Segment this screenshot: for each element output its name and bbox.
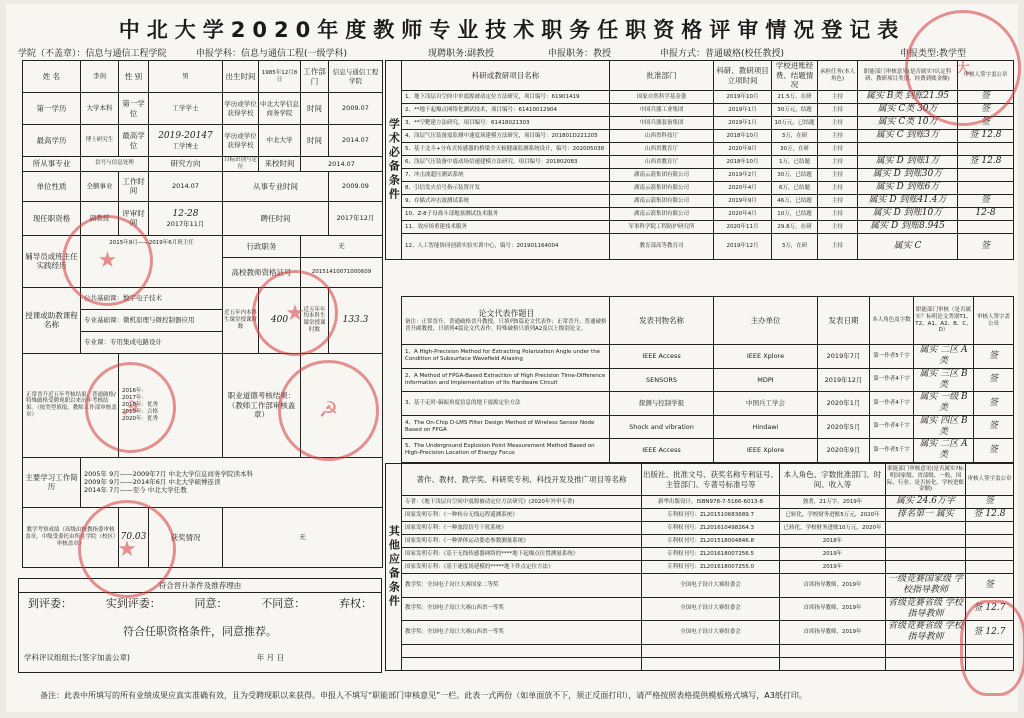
top-degree-cell: 2019-20147工学博士	[149, 125, 223, 157]
proj-header-signer: 审核人签字盖公章	[958, 61, 1014, 91]
others-table: 其他应备条件 著作、教材、教学奖、科研奖专利、科技开发及推广项目等名称 出版社、…	[385, 463, 1014, 671]
project-dept: 山西省教育厅	[610, 156, 714, 169]
project-role: 主持	[818, 104, 858, 117]
name-label: 姓 名	[23, 61, 81, 93]
paper-signer: 签	[974, 415, 1014, 439]
other-signer	[966, 522, 1014, 535]
project-time: 2019年12月	[714, 234, 772, 260]
course-major: 专业课：专用集成电路设计	[81, 331, 223, 353]
paper-header-note: 备注：正常晋升、普通破格晋升教授，只填列5篇论文代表作；正常晋升、普通破格晋升副…	[405, 319, 608, 333]
paper-role: 第一作者4千字	[870, 368, 914, 392]
other-review	[886, 644, 966, 657]
project-role: 主持	[818, 195, 858, 208]
other-row: 国家发明专利：《基于无线传感器网络的****地下起爆点位置测量系统》专利权刊号：…	[386, 548, 1014, 561]
direction-label: 研究方向	[149, 157, 223, 172]
teach-exam-value: 70.03	[119, 507, 149, 567]
project-signer: 签 12.8	[958, 130, 1014, 143]
paper-title: 1、A High-Precision Method for Extracting…	[402, 345, 610, 369]
award-label: 获奖情况	[149, 507, 223, 567]
other-role: 2019年	[780, 561, 886, 574]
projects-section-label: 学术必备条件	[386, 61, 402, 260]
project-review: 属实 D 到账8.945	[858, 221, 958, 234]
project-row: 10、Z-8子母战斗部炮塞测试技术服务湖南云箭集团有限公司2020年4月10万，…	[386, 208, 1014, 221]
project-time: 2018年10月	[714, 156, 772, 169]
admin-value: 无	[301, 235, 383, 257]
project-time: 2018年10月	[714, 130, 772, 143]
project-time: 2020年11月	[714, 221, 772, 234]
other-review	[886, 522, 966, 535]
other-signer	[966, 535, 1014, 548]
paper-signer: 签	[974, 392, 1014, 416]
proj-header-role: 承担任务(本人角色)	[818, 61, 858, 91]
personal-info-table: 姓 名 李剑 性 别 男 出生时间 1985年12月8日 工作部门 信息与通信工…	[22, 60, 383, 568]
project-signer	[958, 169, 1014, 182]
other-signer: 签	[966, 574, 1014, 598]
college-label: 学院（不盖章）：信息与通信工程学院	[18, 46, 167, 59]
major-label: 所从事专业	[23, 157, 81, 172]
history-list: 2005年 9月——2009年7月 中北大学信息商务学院读本科 2009年 9月…	[81, 457, 383, 507]
other-role: 已转化，学校财务进账5万元，2020年	[780, 509, 886, 522]
project-row: 7、冲击波超压测试系统湖南云箭集团有限公司2019年2月30万，已结题主持属实 …	[386, 169, 1014, 182]
cert-label: 高校教师资格证号	[223, 257, 301, 287]
other-name: 国家发明专利：《基于速度场建模的*****地下炸点定位方法》	[402, 561, 642, 574]
proj-header-review: 职能部门审核意见(是否属实?认定科研、教研项目类别、经费到账金额)	[858, 61, 958, 91]
cert-value: 20151410071000609	[301, 257, 383, 287]
project-role: 主持	[818, 143, 858, 156]
other-row: 国家发明专利：《基于速度场建模的*****地下炸点定位方法》专利权刊号：ZL20…	[386, 561, 1014, 574]
proj-header-fund: 学校进账经费、结题情况	[772, 61, 818, 91]
other-header-name: 著作、教材、教学奖、科研奖专利、科技开发及推广项目等名称	[402, 464, 642, 496]
other-header-role: 本人角色、字数批准部门、时间、收入等	[780, 464, 886, 496]
proj-header-time: 科研、教研项目立项时间	[714, 61, 772, 91]
project-dept: 军事科学院工程防护研究所	[610, 221, 714, 234]
other-publisher: 专利权刊号：ZL201518004846.8	[642, 535, 780, 548]
project-name: 8、引信发火信号指示装置开发	[402, 182, 610, 195]
papers-table: 论文代表作题目备注：正常晋升、普通破格晋升教授，只填列5篇论文代表作；正常晋升、…	[401, 296, 1014, 463]
project-signer: 签	[958, 91, 1014, 104]
paper-row: 5、The Underground Explosion Point Measur…	[402, 439, 1014, 463]
other-row: 国家发明专利：《一种波段信号干扰系统》专利权刊号：ZL201610498264.…	[386, 522, 1014, 535]
other-signer	[966, 657, 1014, 670]
project-time: 2019年9月	[714, 195, 772, 208]
paper-title: 2、A Method of FPGA-Based Extraction of H…	[402, 368, 610, 392]
paper-date: 2019年12月	[818, 368, 870, 392]
review-conclusion: 符合任职资格条件，同意推荐。	[20, 625, 380, 639]
other-review	[886, 657, 966, 670]
project-fund: 6万，已结题	[772, 182, 818, 195]
exam-2020: 2020年：优秀	[122, 416, 221, 423]
major-value: 信号与信息处理	[81, 157, 149, 172]
project-review: 属实 D 到账41.4万	[858, 195, 958, 208]
project-dept: 教育部高等教育司	[610, 234, 714, 260]
review-table: 符合晋升条件及推荐理由 到评委： 实到评委： 同意： 不同意： 弃权： 符合任职…	[18, 578, 382, 673]
project-row: 8、引信发火信号指示装置开发湖南云箭集团有限公司2020年4月6万，已结题主持属…	[386, 182, 1014, 195]
other-row: 国家发明专利：《一种弹体运动姿态参数测量系统》专利权刊号：ZL201518004…	[386, 535, 1014, 548]
other-role	[780, 644, 886, 657]
other-name: 国家发明专利：《一种转台无线远程遥测系统》	[402, 509, 642, 522]
paper-signer: 签	[974, 368, 1014, 392]
reason-label: 符合晋升条件及推荐理由	[19, 579, 382, 593]
review-time-label: 评审时间	[119, 201, 149, 235]
agree-label: 同意：	[195, 597, 228, 611]
project-name: 2、**地下起爆点网络化测试技术，项目编号：61410012904	[402, 104, 610, 117]
paper-review: 属实 二区 A类	[914, 345, 974, 369]
work-time-label: 工作时间	[119, 171, 149, 201]
actual-label: 实到评委：	[106, 597, 161, 611]
top-time-value: 2014.07	[329, 125, 383, 157]
other-name: 教学奖：全国电子设计大赛国家二等奖	[402, 574, 642, 598]
project-name: 4、浅层气压装备震监测中速度场建模方法研究，项目编号：201801D221205	[402, 130, 610, 143]
project-fund: 10万，已结题	[772, 208, 818, 221]
exam-label: 正常晋升近五年考核结果；普通破格/特殊破格受聘现职以来历年考核结果。（按类型填报…	[23, 353, 119, 457]
project-dept: 国家自然科学基金委	[610, 91, 714, 104]
project-role: 主持	[818, 169, 858, 182]
paper-row: 1、A High-Precision Method for Extracting…	[402, 345, 1014, 369]
ethics-label: 职业道德考核结果：（教师工作部审核盖章）	[223, 353, 301, 457]
exam-2017: 2017年：	[122, 395, 221, 402]
project-name: 3、**空靶建方法研究，项目编号：61418021303	[402, 117, 610, 130]
project-fund: 1万，已结题	[772, 156, 818, 169]
paper-signer: 签	[974, 439, 1014, 463]
proj-header-dept: 批准部门	[610, 61, 714, 91]
birth-value: 1985年12月8日	[259, 61, 301, 93]
hours5-label: 近五年内本科生课堂授课时数	[223, 287, 259, 353]
other-review: 排名第一 属实	[886, 509, 966, 522]
first-time-value: 2009.07	[329, 93, 383, 125]
dept-value: 信息与通信工程学院	[329, 61, 383, 93]
project-review: 属实 C类 10万	[858, 117, 958, 130]
paper-journal: IEEE Access	[610, 345, 714, 369]
project-role: 主持	[818, 208, 858, 221]
other-role: 2019年	[780, 548, 886, 561]
project-dept: 山西省教育厅	[610, 143, 714, 156]
project-review: 属实 C类 30万	[858, 104, 958, 117]
paper-title: 5、The Underground Explosion Point Measur…	[402, 439, 610, 463]
first-school-value: 中北大学信息商务学院	[259, 93, 301, 125]
paper-date: 2020年1月	[818, 392, 870, 416]
discipline-label: 申报学科：信息与通信工程(一级学科)	[196, 46, 347, 59]
project-role: 主持	[818, 130, 858, 143]
footnote: 备注：此表中所填写的所有业绩成果应真实准确有效，且为受聘现职以来获得。申报人不填…	[40, 690, 807, 701]
unit-value: 全额事业	[81, 171, 119, 201]
present-label: 到评委：	[28, 597, 72, 611]
disagree-label: 不同意：	[261, 597, 305, 611]
project-dept: 山西省科技厅	[610, 130, 714, 143]
review-time-note: 12-28	[173, 209, 199, 219]
other-name: 专著：《地下浅层自空间中震源被动定位方法研究》(2020年外审专著)	[402, 496, 642, 509]
gender-label: 性 别	[119, 61, 149, 93]
other-name: 国家发明专利：《基于无线传感器网络的****地下起爆点位置测量系统》	[402, 548, 642, 561]
admin-label: 行政职务	[223, 235, 301, 257]
first-degree-value: 工学学士	[149, 93, 223, 125]
avg-label: 近五年年均本科生课堂授课时数	[301, 287, 329, 353]
other-review: 省级竞赛省级 学校指导教师	[886, 597, 966, 621]
type-label: 申报类型:教学型	[900, 46, 966, 59]
ethics-value	[301, 353, 383, 457]
project-fund: 21.5万，在研	[772, 91, 818, 104]
other-signer: 签 12.8	[966, 509, 1014, 522]
project-signer	[958, 182, 1014, 195]
name-value: 李剑	[81, 61, 119, 93]
project-dept: 湖南云箭集团有限公司	[610, 208, 714, 221]
paper-row: 3、基于走时-偏振角度信息的地下震源定位方法探测与控制学报中国兵工学会2020年…	[402, 392, 1014, 416]
other-name: 国家发明专利：《一种弹体运动姿态参数测量系统》	[402, 535, 642, 548]
prof-time-value: 2009.09	[329, 171, 383, 201]
paper-date: 2020年9月	[818, 439, 870, 463]
project-role: 主持	[818, 221, 858, 234]
hours5-value: 400	[259, 287, 301, 353]
other-publisher: 新华出版设计，ISBN978-7-5166-6013-8	[642, 496, 780, 509]
paper-journal: SENSORS	[610, 368, 714, 392]
paper-host: Hindawi	[714, 415, 818, 439]
exam-2016: 2016年：	[122, 388, 221, 395]
current-post-label: 现聘职务:副教授	[428, 46, 494, 59]
project-dept: 湖南云箭集团有限公司	[610, 182, 714, 195]
project-name: 11、效应场重建技术服务	[402, 221, 610, 234]
top-degree-label: 最高学位	[119, 125, 149, 157]
other-publisher: 专利权刊号：ZL201610498264.3	[642, 522, 780, 535]
project-dept: 湖南云箭集团有限公司	[610, 195, 714, 208]
paper-header-review: 职能部门审核（是否属实？标明论文类别T1、T2、A1、A2、B、C、D）	[914, 297, 974, 345]
other-publisher: 专利权刊号：ZL201618007255.0	[642, 561, 780, 574]
paper-title: 3、基于走时-偏振角度信息的地下震源定位方法	[402, 392, 610, 416]
project-signer: 签	[958, 234, 1014, 260]
other-signer: 签 12.7	[966, 621, 1014, 645]
top-edu-value: 博士研究生	[81, 125, 119, 157]
other-row: 教学奖：全国电子设计大赛山西省一等奖全国电子设计大赛组委会首席指导教师，2019…	[386, 621, 1014, 645]
school-label: 学历或学位获得学校	[223, 93, 259, 125]
other-name: 教学奖：全国电子设计大赛山西省一等奖	[402, 597, 642, 621]
project-row: 9、存储式冲击波测试系统湖南云箭集团有限公司2019年9月46万，已结题主持属实…	[386, 195, 1014, 208]
exam-2019: 2019年：合格	[122, 409, 221, 416]
other-publisher: 全国电子设计大赛组委会	[642, 574, 780, 598]
paper-title: 4、The On-Chip D-LMS Filter Design Method…	[402, 415, 610, 439]
arrive-label: 来校时间	[259, 157, 301, 172]
other-signer: 签	[966, 496, 1014, 509]
paper-header-cell: 论文代表作题目备注：正常晋升、普通破格晋升教授，只填列5篇论文代表作；正常晋升、…	[402, 297, 610, 345]
school-label: 学历或学位获得学校	[223, 125, 259, 157]
course-basic: 专业基础课：微机原理与微控制器应用	[81, 309, 223, 331]
other-header-review: 职能部门审核意见(是否属实?标明国家级、省部级、一般、国际、行业、是否转化、学校…	[886, 464, 966, 496]
paper-review: 属实 二区 A类	[914, 439, 974, 463]
history-item: 2005年 9月——2009年7月 中北大学信息商务学院读本科	[84, 470, 381, 478]
project-signer: 签	[958, 104, 1014, 117]
projects-table: 学术必备条件 科研或教研项目名称 批准部门 科研、教研项目立项时间 学校进账经费…	[385, 60, 1014, 260]
project-fund: 30万，在研	[772, 143, 818, 156]
project-role: 主持	[818, 117, 858, 130]
other-role: 首席指导教师，2019年	[780, 597, 886, 621]
paper-journal: Shock and vibration	[610, 415, 714, 439]
paper-row: 4、The On-Chip D-LMS Filter Design Method…	[402, 415, 1014, 439]
project-dept: 中国兵器装备集团	[610, 117, 714, 130]
history-label: 主要学习工作简历	[23, 457, 81, 507]
review-body: 到评委： 实到评委： 同意： 不同意： 弃权： 符合任职资格条件，同意推荐。 学…	[19, 593, 382, 673]
project-fund: 46万，已结题	[772, 195, 818, 208]
abstain-label: 弃权：	[339, 597, 372, 611]
project-fund: 30万，已结题	[772, 169, 818, 182]
project-review: 属实 D 到账10万	[858, 208, 958, 221]
project-row: 12、人工智能协同创新实验实训中心，编号：201901164004教育部高等教育…	[386, 234, 1014, 260]
prof-time-label: 从事专业时间	[223, 171, 329, 201]
other-row: 国家发明专利：《一种转台无线远程遥测系统》专利权刊号：ZL20151068368…	[386, 509, 1014, 522]
project-time: 2020年4月	[714, 208, 772, 221]
other-row: 教学奖：全国电子设计大赛山西省一等奖全国电子设计大赛组委会首席指导教师，2019…	[386, 597, 1014, 621]
other-review: 一级竞赛国家级 学校指导教师	[886, 574, 966, 598]
project-row: 3、**空靶建方法研究，项目编号：61418021303中国兵器装备集团2019…	[386, 117, 1014, 130]
other-row: 教学奖：全国电子设计大赛国家二等奖全国电子设计大赛组委会首席指导教师，2019年…	[386, 574, 1014, 598]
project-row: 5、基于北斗+分布式传感器的桥梁全天候健康监测系统设计，编号：202005038…	[386, 143, 1014, 156]
project-time: 2020年4月	[714, 182, 772, 195]
project-row: 11、效应场重建技术服务军事科学院工程防护研究所2020年11月29.8万，在研…	[386, 221, 1014, 234]
time-label: 时间	[301, 93, 329, 125]
project-role: 主持	[818, 234, 858, 260]
method-label: 申报方式：普通破格(校任教授)	[660, 46, 784, 59]
leader-label: 学科评议组组长:(签字加盖公章)	[24, 653, 130, 662]
qual-label: 现任职资格	[23, 201, 81, 235]
project-time: 2019年1月	[714, 117, 772, 130]
paper-journal: IEEE Access	[610, 439, 714, 463]
paper-header-journal: 发表刊物名称	[610, 297, 714, 345]
project-role: 主持	[818, 91, 858, 104]
other-review: 省级竞赛省级 学校指导教师	[886, 621, 966, 645]
top-school-value: 中北大学	[259, 125, 301, 157]
project-review: 属实 C	[858, 234, 958, 260]
paper-header-date: 发表日期	[818, 297, 870, 345]
review-time-value: 2017年11月	[167, 220, 205, 228]
paper-review: 属实 三区 B类	[914, 368, 974, 392]
project-review: 属实 D 到账1万	[858, 156, 958, 169]
direction-value: 目标识别与定位	[223, 157, 259, 172]
project-name: 1、地下浅层自空间中单震源被动定位方法研究，项目编号：61901419	[402, 91, 610, 104]
hire-value: 2017年12月	[329, 201, 383, 235]
other-name	[402, 644, 642, 657]
project-name: 12、人工智能协同创新实验实训中心，编号：201901164004	[402, 234, 610, 260]
history-item: 2014年 7月——至今 中北大学任教	[84, 486, 381, 494]
paper-row: 2、A Method of FPGA-Based Extraction of H…	[402, 368, 1014, 392]
top-degree-note: 2019-20147	[150, 131, 221, 142]
unit-label: 单位性质	[23, 171, 81, 201]
other-review	[886, 535, 966, 548]
project-fund: 3万，在研	[772, 234, 818, 260]
paper-host: MDPI	[714, 368, 818, 392]
project-role: 主持	[818, 156, 858, 169]
first-edu-value: 大学本科	[81, 93, 119, 125]
first-degree-label: 第一学位	[119, 93, 149, 125]
paper-role: 第一作者4千字	[870, 415, 914, 439]
project-signer: 12-8	[958, 208, 1014, 221]
birth-label: 出生时间	[223, 61, 259, 93]
project-dept: 中国兵器工业集团	[610, 104, 714, 117]
other-signer	[966, 561, 1014, 574]
project-role: 主持	[818, 182, 858, 195]
arrive-value: 2014.07	[301, 157, 383, 172]
paper-role: 第一作者4千字	[870, 392, 914, 416]
project-name: 10、Z-8子母战斗部炮塞测试技术服务	[402, 208, 610, 221]
time-label: 时间	[301, 125, 329, 157]
dept-label: 工作部门	[301, 61, 329, 93]
project-row: 6、浅层气压装备中震动场信速建模方法研究，项目编号：201802083山西省教育…	[386, 156, 1014, 169]
hire-label: 聘任时间	[223, 201, 329, 235]
project-row: 1、地下浅层自空间中单震源被动定位方法研究，项目编号：61901419国家自然科…	[386, 91, 1014, 104]
project-name: 9、存储式冲击波测试系统	[402, 195, 610, 208]
project-review: 属实 D 到账6万	[858, 182, 958, 195]
other-publisher: 全国电子设计大赛组委会	[642, 597, 780, 621]
project-row: 4、浅层气压装备震监测中速度场建模方法研究，项目编号：201801D221205…	[386, 130, 1014, 143]
project-signer: 签 12.8	[958, 156, 1014, 169]
review-date: 年 月 日	[257, 653, 284, 662]
course-public: 公共基础课：数字电子技术	[81, 287, 223, 309]
others-section-label: 其他应备条件	[386, 464, 402, 671]
counselor-value: 2015年9月——2019年6月班主任	[81, 235, 223, 287]
other-row	[386, 657, 1014, 670]
project-fund: 29.8万，在研	[772, 221, 818, 234]
paper-journal: 探测与控制学报	[610, 392, 714, 416]
award-value: 无	[223, 507, 383, 567]
project-signer	[958, 221, 1014, 234]
teach-exam-label: 教学考察成绩（高级由校教指委审核盖章，中级受委托由所在学院（校区）审核盖章）	[23, 507, 119, 567]
other-role: 2018年	[780, 535, 886, 548]
paper-role: 第一作者5千字	[870, 439, 914, 463]
other-review	[886, 548, 966, 561]
project-name: 7、冲击波超压测试系统	[402, 169, 610, 182]
other-publisher: 专利权刊号：ZL201618007256.5	[642, 548, 780, 561]
paper-review: 属实 一级 B类	[914, 392, 974, 416]
paper-host: IEEE Xplore	[714, 439, 818, 463]
project-fund: 3万，在研	[772, 130, 818, 143]
project-signer: 签	[958, 117, 1014, 130]
paper-date: 2019年7月	[818, 345, 870, 369]
first-edu-label: 第一学历	[23, 93, 81, 125]
project-time: 2019年10月	[714, 91, 772, 104]
project-signer: 签	[958, 195, 1014, 208]
other-header-signer: 审核人签字盖公章	[966, 464, 1014, 496]
other-name: 教学奖：全国电子设计大赛山西省一等奖	[402, 621, 642, 645]
project-review: 属实 B类 到账21.95	[858, 91, 958, 104]
other-name: 国家发明专利：《一种波段信号干扰系统》	[402, 522, 642, 535]
project-fund: 10万元，已结题	[772, 117, 818, 130]
project-signer	[958, 143, 1014, 156]
project-time: 2020年9月	[714, 143, 772, 156]
project-review: 属实 D 到账30万	[858, 169, 958, 182]
project-name: 6、浅层气压装备中震动场信速建模方法研究，项目编号：201802083	[402, 156, 610, 169]
top-degree-value: 工学博士	[150, 142, 221, 150]
other-signer	[966, 644, 1014, 657]
paper-host: IEEE Xplore	[714, 345, 818, 369]
other-role	[780, 657, 886, 670]
proj-header-name: 科研或教研项目名称	[402, 61, 610, 91]
paper-header-host: 主办单位	[714, 297, 818, 345]
other-row	[386, 644, 1014, 657]
top-edu-label: 最高学历	[23, 125, 81, 157]
other-role: 首席指导教师，2019年	[780, 574, 886, 598]
project-time: 2019年1月	[714, 104, 772, 117]
applied-post-label: 申报职务：教授	[548, 46, 611, 59]
paper-host: 中国兵工学会	[714, 392, 818, 416]
other-role: 已转化，学校财务进账10万元，2020年	[780, 522, 886, 535]
project-name: 5、基于北斗+分布式传感器的桥梁全天候健康监测系统设计，编号：202005038	[402, 143, 610, 156]
other-signer: 签 12.7	[966, 597, 1014, 621]
other-row: 专著：《地下浅层自空间中震源被动定位方法研究》(2020年外审专著)新华出版设计…	[386, 496, 1014, 509]
other-header-publisher: 出版社、批准文号、获奖名称专利证号、主管部门、专著号标准号等	[642, 464, 780, 496]
other-role: 首席指导教师，2019年	[780, 621, 886, 645]
other-role: 独著，21万字，2019年	[780, 496, 886, 509]
paper-header-role: 本人角色及字数	[870, 297, 914, 345]
courses-label: 授课或助教课程名称	[23, 287, 81, 353]
other-publisher	[642, 644, 780, 657]
project-fund: 30万元，结题	[772, 104, 818, 117]
other-name	[402, 657, 642, 670]
exam-result: 2016年： 2017年： 2018年：优秀 2019年：合格 2020年：优秀	[119, 353, 223, 457]
